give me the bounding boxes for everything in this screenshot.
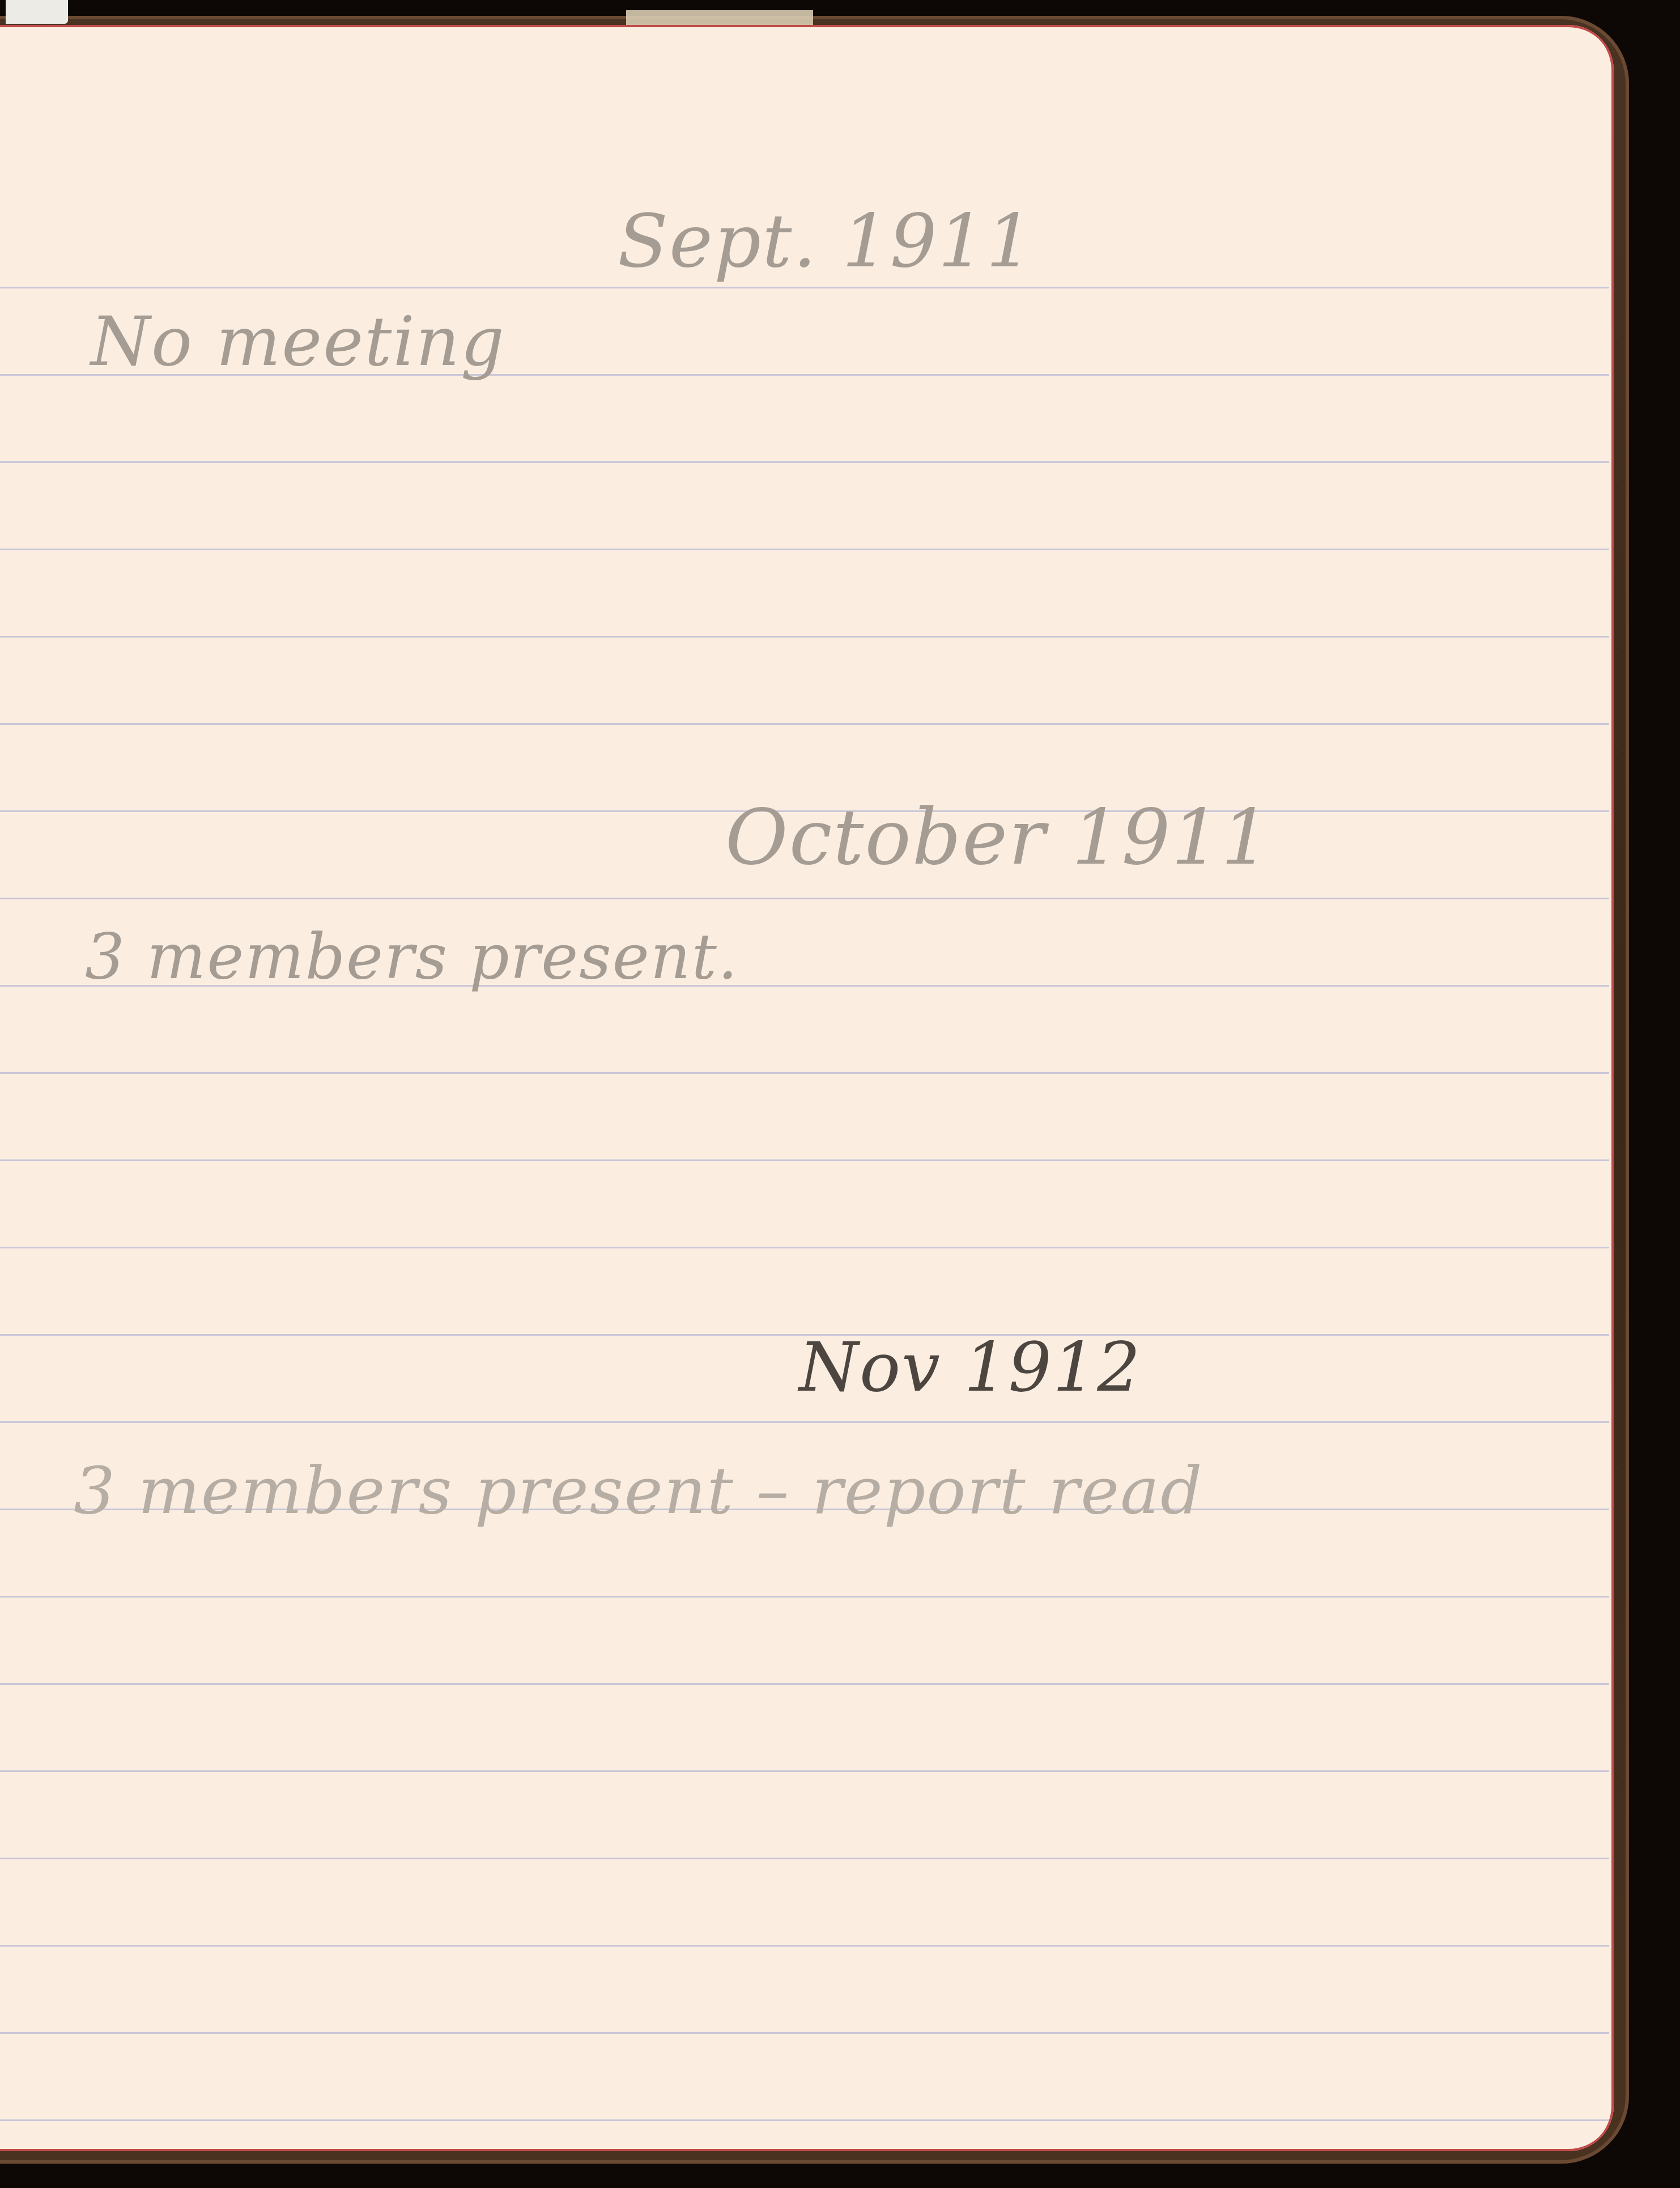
ruled-line <box>0 1159 1609 1161</box>
ruled-line <box>0 1683 1609 1685</box>
entry-body-report-read: 3 members present – report read <box>74 1453 1203 1529</box>
ruled-line <box>0 549 1609 550</box>
entry-body-members-present: 3 members present. <box>85 920 739 993</box>
ruled-line <box>0 287 1609 288</box>
ruled-line <box>0 2119 1609 2121</box>
entry-heading-sept-1911: Sept. 1911 <box>618 198 1034 284</box>
ruled-line <box>0 461 1609 463</box>
ruled-line <box>0 1770 1609 1772</box>
entry-heading-nov-1912: Nov 1912 <box>799 1328 1142 1407</box>
ruled-line <box>0 1247 1609 1248</box>
ruled-line <box>0 1596 1609 1598</box>
ruled-line <box>0 2032 1609 2034</box>
entry-heading-october-1911: October 1911 <box>725 793 1271 882</box>
ruled-line <box>0 636 1609 638</box>
ruled-line <box>0 1858 1609 1859</box>
entry-body-no-meeting: No meeting <box>91 303 505 381</box>
ruled-line <box>0 1421 1609 1423</box>
ruled-line <box>0 1072 1609 1074</box>
ruled-line <box>0 1945 1609 1947</box>
notebook-page: Sept. 1911 No meeting October 1911 3 mem… <box>0 25 1614 2151</box>
ruled-line <box>0 898 1609 899</box>
paper-tab <box>6 0 68 24</box>
ruled-line <box>0 723 1609 725</box>
